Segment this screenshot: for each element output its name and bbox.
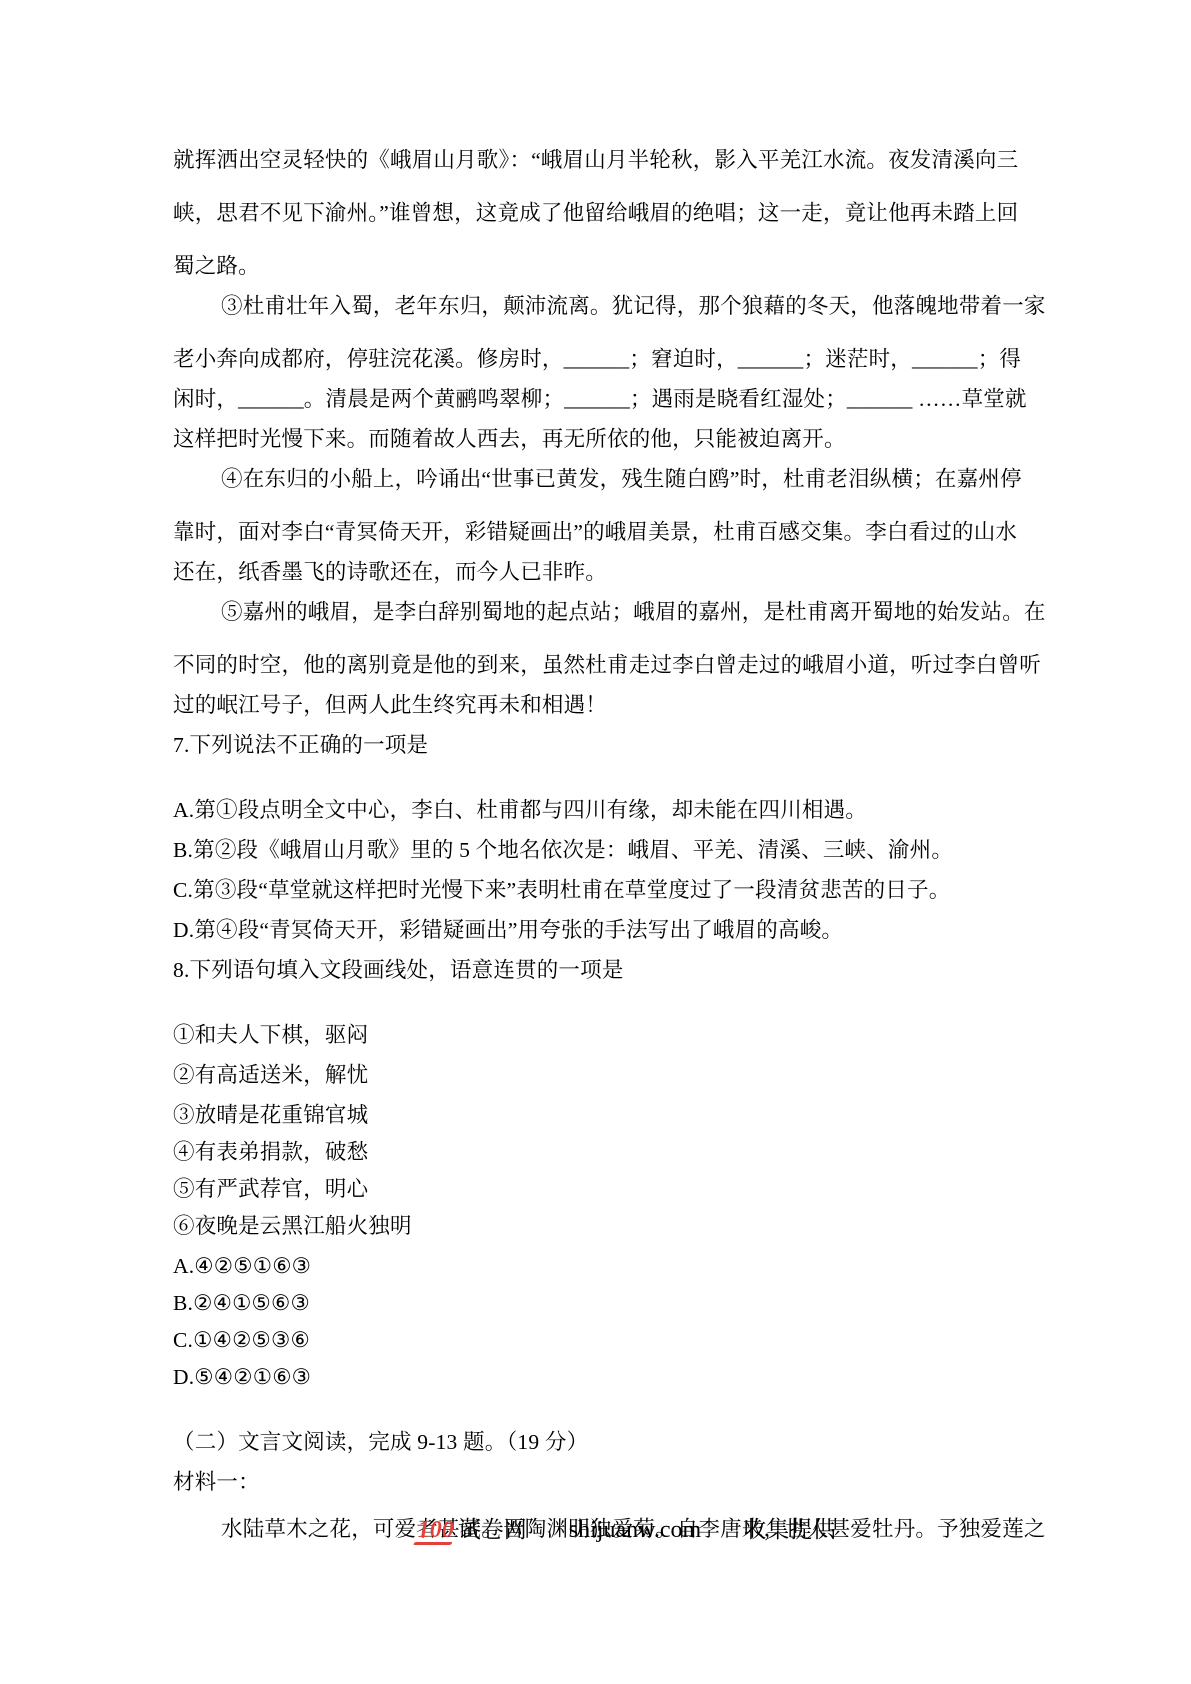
document-lines: 就挥洒出空灵轻快的《峨眉山月歌》：“峨眉山月半轮秋，影入平羌江水流。夜发清溪向三… — [173, 140, 1053, 1549]
q7-option-a: A.第①段点明全文中心，李白、杜甫都与四川有缘，却未能在四川相遇。 — [173, 790, 1053, 830]
q8-item-4: ④有表弟捐款，破愁 — [173, 1132, 1053, 1172]
q8-item-3: ③放晴是花重锦官城 — [173, 1095, 1053, 1135]
section-2-heading: （二）文言文阅读，完成 9-13 题。（19 分） — [173, 1422, 1053, 1462]
q8-stem: 8.下列语句填入文段画线处，语意连贯的一项是 — [173, 950, 1053, 990]
passage-p3-line3: 闲时，______。清晨是两个黄鹂鸣翠柳；______；遇雨是晓看红湿处；___… — [173, 379, 1053, 419]
q7-option-d: D.第④段“青冥倚天开，彩错疑画出”用夸张的手法写出了峨眉的高峻。 — [173, 910, 1053, 950]
passage-p5-line1: ⑤嘉州的峨眉，是李白辞别蜀地的起点站；峨眉的嘉州，是杜甫离开蜀地的始发站。在 — [173, 592, 1053, 632]
logo-100-text: 100 — [416, 1518, 456, 1544]
passage-p4-line1: ④在东归的小船上，吟诵出“世事已黄发，残生随白鸥”时，杜甫老泪纵横；在嘉州停 — [173, 459, 1053, 499]
q7-option-b: B.第②段《峨眉山月歌》里的 5 个地名依次是：峨眉、平羌、清溪、三峡、渝州。 — [173, 830, 1053, 870]
q8-option-b: B.②④①⑤⑥③ — [173, 1283, 1053, 1323]
q7-option-c: C.第③段“草堂就这样把时光慢下来”表明杜甫在草堂度过了一段清贫悲苦的日子。 — [173, 870, 1053, 910]
passage-p4-line3: 还在，纸香墨飞的诗歌还在，而今人已非昨。 — [173, 552, 1053, 592]
exam-page: 就挥洒出空灵轻快的《峨眉山月歌》：“峨眉山月半轮秋，影入平羌江水流。夜发清溪向三… — [0, 0, 1191, 1684]
q7-stem: 7.下列说法不正确的一项是 — [173, 725, 1053, 765]
q8-option-d: D.⑤④②①⑥③ — [173, 1357, 1053, 1397]
collect-provided-label: 收集提供 — [743, 1512, 835, 1548]
q8-option-a: A.④②⑤①⑥③ — [173, 1246, 1053, 1286]
q8-option-c: C.①④②⑤③⑥ — [173, 1320, 1053, 1360]
passage-p5-line3: 过的岷江号子，但两人此生终究再未和相遇！ — [173, 685, 1053, 725]
passage-p2-line1: 就挥洒出空灵轻快的《峨眉山月歌》：“峨眉山月半轮秋，影入平羌江水流。夜发清溪向三 — [173, 140, 1053, 180]
shijuanw-logo: 100试卷网 — [416, 1512, 527, 1548]
watermark-footer: 100试卷网 shijuanw.com 收集提供 — [0, 1512, 1191, 1548]
passage-p5-line2: 不同的时空，他的离别竟是他的到来，虽然杜甫走过李白曾走过的峨眉小道，听过李白曾听 — [173, 645, 1053, 685]
material-1-label: 材料一： — [173, 1462, 1053, 1502]
passage-p3-line4: 这样把时光慢下来。而随着故人西去，再无所依的他，只能被迫离开。 — [173, 419, 1053, 459]
site-domain-label: shijuanw.com — [569, 1512, 701, 1548]
passage-p3-line2: 老小奔向成都府，停驻浣花溪。修房时，______；窘迫时，______；迷茫时，… — [173, 339, 1053, 379]
passage-p2-line3: 蜀之路。 — [173, 246, 1053, 286]
q8-item-1: ①和夫人下棋，驱闷 — [173, 1015, 1053, 1055]
q8-item-5: ⑤有严武荐官，明心 — [173, 1169, 1053, 1209]
q8-item-6: ⑥夜晚是云黑江船火独明 — [173, 1206, 1053, 1246]
site-name-label: 试卷网 — [458, 1512, 527, 1548]
passage-p3-line1: ③杜甫壮年入蜀，老年东归，颠沛流离。犹记得，那个狼藉的冬天，他落魄地带着一家 — [173, 286, 1053, 326]
q8-item-2: ②有高适送米，解忧 — [173, 1055, 1053, 1095]
passage-p2-line2: 峡，思君不见下渝州。”谁曾想，这竟成了他留给峨眉的绝唱；这一走，竟让他再未踏上回 — [173, 193, 1053, 233]
passage-p4-line2: 靠时，面对李白“青冥倚天开，彩错疑画出”的峨眉美景，杜甫百感交集。李白看过的山水 — [173, 512, 1053, 552]
